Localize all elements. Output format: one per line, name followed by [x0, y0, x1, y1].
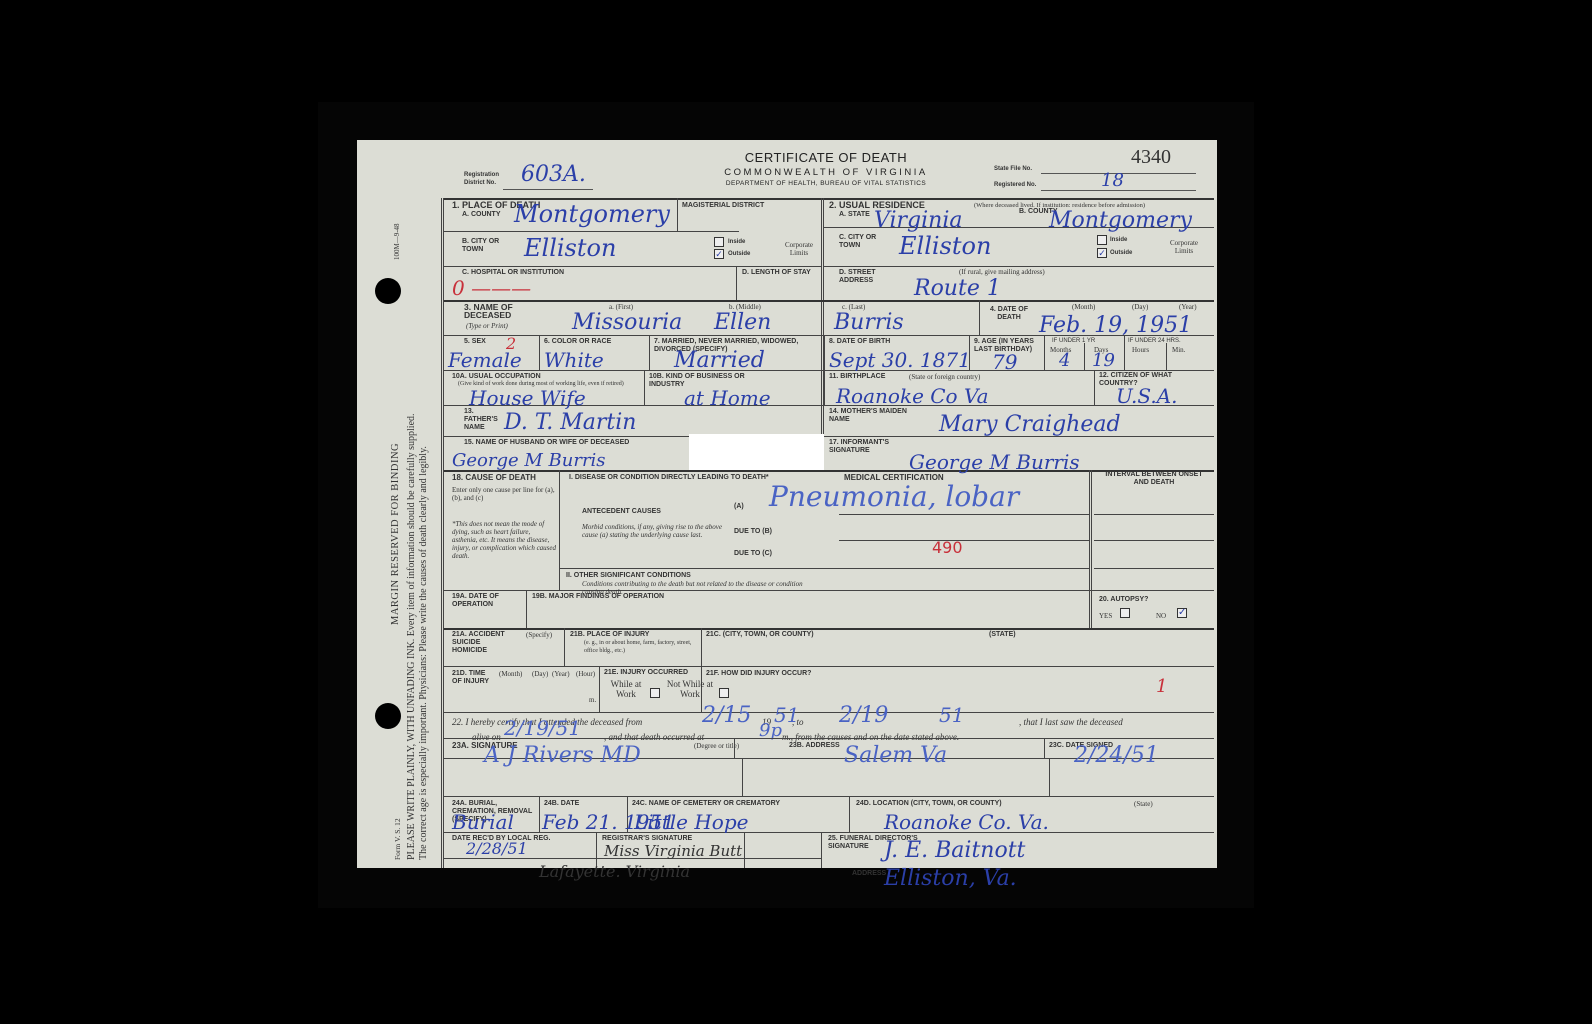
funeral-address-label: ADDRESS — [852, 870, 886, 878]
marital-status-value: Married — [674, 348, 765, 373]
spouse-name-value: George M Burris — [452, 450, 606, 471]
year-label: (Year) — [1179, 303, 1197, 311]
attended-from: 2/15 — [702, 703, 751, 728]
alive-on-value: 2/19/51 — [504, 716, 581, 740]
other-conditions-label: II. OTHER SIGNIFICANT CONDITIONS — [566, 572, 691, 580]
antecedent-causes-label: ANTECEDENT CAUSES — [582, 508, 661, 516]
form-body: Registration District No. 603A. CERTIFIC… — [441, 140, 1211, 868]
residence-state-value: Virginia — [874, 208, 963, 233]
death-certificate: Form V. S. 12 100M—9-48 MARGIN RESERVED … — [357, 140, 1217, 868]
death-town-value: Elliston — [524, 234, 616, 262]
registrar-signature: Miss Virginia Butt — [604, 842, 742, 860]
cemetery-label: 24c. NAME OF CEMETERY OR CREMATORY — [632, 800, 780, 808]
magisterial-district-label: MAGISTERIAL DISTRICT — [682, 202, 764, 210]
registration-district-label: Registration District No. — [464, 171, 504, 187]
autopsy-yes-label: YES — [1099, 612, 1112, 620]
under-1yr-label: IF UNDER 1 YR — [1052, 337, 1095, 345]
cause-note-1: Enter only one cause per line for (a), (… — [452, 486, 557, 502]
print-code: 100M—9-48 — [393, 223, 401, 260]
binding-margin: Form V. S. 12 100M—9-48 MARGIN RESERVED … — [357, 140, 441, 868]
residence-outside-checkbox[interactable]: ✓ — [1097, 248, 1107, 258]
length-of-stay-label: d. LENGTH OF STAY — [742, 269, 817, 277]
sex-value: Female — [448, 348, 522, 372]
autopsy-label: 20. AUTOPSY? — [1099, 596, 1148, 604]
injury-occurred-label: 21e. INJURY OCCURRED — [604, 669, 688, 677]
residence-inside-checkbox[interactable] — [1097, 235, 1107, 245]
middle-name-value: Ellen — [714, 310, 771, 335]
not-while-at-work-label: Not While at Work — [662, 679, 718, 699]
registrar-address: Lafayette. Virginia — [539, 862, 690, 881]
injury-hour-label: (Hour) — [576, 670, 595, 678]
mother-name-value: Mary Craighead — [939, 412, 1121, 437]
registered-no-label: Registered No. — [994, 181, 1036, 189]
cause-a-label: (a) — [734, 503, 744, 511]
date-of-death-value: Feb. 19, 1951 — [1039, 313, 1192, 338]
cause-of-death-label: 18. CAUSE OF DEATH — [452, 474, 536, 482]
disease-condition-label: I. DISEASE OR CONDITION DIRECTLY LEADING… — [569, 474, 769, 482]
form-number: Form V. S. 12 — [393, 818, 402, 860]
accident-label: 21a. ACCIDENT SUICIDE HOMICIDE — [452, 631, 512, 655]
while-at-work-checkbox[interactable] — [650, 688, 660, 698]
interval-label: INTERVAL BETWEEN ONSET AND DEATH — [1099, 471, 1209, 487]
age-value: 79 — [992, 350, 1017, 374]
months-value: 4 — [1059, 350, 1070, 371]
business-value: at Home — [684, 386, 771, 410]
commonwealth-subtitle: COMMONWEALTH OF VIRGINIA — [701, 167, 951, 178]
birthplace-note: (State or foreign country) — [909, 373, 980, 381]
autopsy-no-label: NO — [1156, 612, 1166, 620]
residence-town-value: Elliston — [899, 232, 991, 260]
how-injury-label: 21f. HOW DID INJURY OCCUR? — [706, 670, 811, 678]
day-label: (Day) — [1132, 303, 1148, 311]
not-while-at-work-checkbox[interactable] — [719, 688, 729, 698]
while-at-work-label: While at Work — [604, 679, 648, 699]
burial-location-label: 24d. LOCATION (City, town, or county) — [856, 800, 1002, 808]
alive-on-label: alive on — [472, 733, 501, 741]
injury-state-label: (STATE) — [989, 631, 1016, 639]
burial-type-value: Burial — [452, 810, 514, 834]
to-label: , to — [792, 718, 804, 726]
time-of-injury-label: 21d. TIME OF INJURY — [452, 670, 492, 686]
city-town-label: b. CITY OR TOWN — [462, 238, 512, 254]
cause-note-2: *This does not mean the mode of dying, s… — [452, 520, 557, 560]
inside-checkbox[interactable] — [714, 237, 724, 247]
department-name: DEPARTMENT OF HEALTH, BUREAU OF VITAL ST… — [701, 180, 951, 187]
operation-findings-label: 19b. MAJOR FINDINGS OF OPERATION — [532, 593, 664, 601]
first-name-value: Missouria — [572, 310, 682, 335]
county-label: a. COUNTY — [462, 211, 501, 219]
burial-date-label: 24b. DATE — [544, 800, 579, 808]
redacted-area — [689, 434, 824, 470]
registration-district-value: 603A. — [521, 162, 586, 187]
state-label: a. STATE — [839, 211, 870, 219]
funeral-director-signature: J. E. Baitnott — [884, 838, 1025, 863]
burial-location-value: Roanoke Co. Va. — [884, 810, 1049, 834]
state-file-number: 4340 — [1131, 146, 1171, 169]
attended-to-year: 51 — [939, 703, 964, 727]
specify-label: (Specify) — [526, 631, 552, 639]
street-address-value: Route 1 — [914, 276, 1001, 301]
cemetery-value: Little Hope — [634, 810, 748, 834]
race-value: White — [544, 348, 604, 372]
outside-checkbox[interactable]: ✓ — [714, 249, 724, 259]
certify-text-4: m., from the causes and on the date stat… — [782, 733, 959, 741]
birthplace-label: 11. BIRTHPLACE — [829, 373, 885, 381]
date-recd-value: 2/28/51 — [466, 839, 528, 858]
days-value: 19 — [1092, 350, 1115, 371]
death-county-value: Montgomery — [514, 200, 670, 228]
red-mark: 1 — [1156, 676, 1167, 697]
informant-label: 17. INFORMANT'S SIGNATURE — [829, 439, 899, 455]
binding-note: MARGIN RESERVED FOR BINDING — [390, 443, 401, 625]
last-name-value: Burris — [834, 310, 904, 335]
form-grid: 1. PLACE OF DEATH a. COUNTY Montgomery M… — [441, 198, 1214, 868]
date-of-death-label: 4. DATE OF DEATH — [989, 306, 1029, 322]
physician-signature: A J Rivers MD — [484, 743, 641, 768]
degree-label: (Degree or title) — [694, 742, 739, 750]
operation-date-label: 19a. DATE OF OPERATION — [452, 593, 522, 609]
due-to-b-label: DUE TO (b) — [734, 528, 772, 536]
street-note: (If rural, give mailing address) — [959, 268, 1045, 276]
instruction-line-1: PLEASE WRITE PLAINLY, WITH UNFADING INK.… — [406, 180, 417, 860]
attended-to: 2/19 — [839, 703, 888, 728]
certify-text-2: , that I last saw the deceased — [1019, 718, 1123, 726]
spouse-name-label: 15. NAME OF HUSBAND OR WIFE OF DECEASED — [464, 439, 629, 447]
informant-value: George M Burris — [909, 450, 1080, 474]
physician-address: Salem Va — [844, 743, 947, 768]
title-block: CERTIFICATE OF DEATH COMMONWEALTH OF VIR… — [701, 150, 951, 187]
physician-address-label: 23b. ADDRESS — [789, 742, 840, 750]
hospital-value: 0 ——— — [452, 276, 531, 300]
birthplace-value: Roanoke Co Va — [836, 384, 989, 408]
race-label: 6. COLOR OR RACE — [544, 338, 611, 346]
inside-label: Inside — [728, 238, 745, 246]
due-to-c-label: DUE TO (c) — [734, 550, 772, 558]
autopsy-yes-checkbox[interactable] — [1120, 608, 1130, 618]
injury-city-label: 21c. (CITY, TOWN, OR COUNTY) — [706, 631, 814, 639]
instruction-line-2: The correct age is especially important.… — [418, 180, 429, 860]
burial-state-label: (State) — [1134, 800, 1153, 808]
sex-label: 5. SEX — [464, 338, 486, 346]
residence-county-value: Montgomery — [1049, 208, 1192, 233]
place-of-injury-label: 21b. PLACE OF INJURY — [570, 631, 649, 639]
residence-city-label: c. CITY OR TOWN — [839, 234, 889, 250]
hours-label: Hours — [1132, 346, 1149, 354]
date-signed: 2/24/51 — [1074, 743, 1159, 768]
funeral-address-value: Elliston, Va. — [884, 866, 1017, 891]
outside-label: Outside — [728, 250, 750, 258]
min-label: Min. — [1172, 346, 1185, 354]
residence-outside-label: Outside — [1110, 249, 1132, 257]
occupation-value: House Wife — [469, 386, 586, 410]
under-24hrs-label: IF UNDER 24 HRS. — [1128, 337, 1181, 345]
morbid-note: Morbid conditions, if any, giving rise t… — [582, 523, 732, 539]
injury-month-label: (Month) — [499, 670, 522, 678]
cause-a-value: Pneumonia, lobar — [769, 480, 1019, 513]
m-label: m. — [589, 696, 596, 704]
cause-code: 490 — [932, 538, 963, 557]
date-of-birth-value: Sept 30. 1871 — [829, 348, 971, 372]
injury-year-label: (Year) — [552, 670, 570, 678]
punch-hole — [375, 703, 401, 729]
date-of-birth-label: 8. DATE OF BIRTH — [829, 338, 890, 346]
certificate-title: CERTIFICATE OF DEATH — [701, 150, 951, 165]
place-of-injury-note: (e. g., in or about home, farm, factory,… — [584, 639, 699, 655]
type-or-print-note: (Type or Print) — [466, 322, 508, 330]
name-of-deceased-label: 3. NAME OF DECEASED — [464, 303, 534, 319]
residence-inside-label: Inside — [1110, 236, 1127, 244]
registered-no-value: 18 — [1101, 170, 1124, 191]
month-label: (Month) — [1072, 303, 1095, 311]
father-name-value: D. T. Martin — [504, 410, 636, 435]
injury-day-label: (Day) — [532, 670, 548, 678]
state-file-label: State File No. — [994, 165, 1032, 173]
autopsy-no-checkbox[interactable]: ✓ — [1177, 608, 1187, 618]
mother-name-label: 14. MOTHER'S MAIDEN NAME — [829, 408, 909, 424]
residence-corporate-label: Corporate Limits — [1162, 239, 1206, 255]
father-name-label: 13. FATHER'S NAME — [464, 408, 504, 432]
punch-hole — [375, 278, 401, 304]
certify-text-3: , and that death occurred at — [604, 733, 704, 741]
corporate-limits-label: Corporate Limits — [779, 241, 819, 257]
certificate-header: Registration District No. 603A. CERTIFIC… — [441, 140, 1211, 198]
street-address-label: d. STREET ADDRESS — [839, 269, 894, 285]
citizen-value: U.S.A. — [1116, 384, 1178, 408]
